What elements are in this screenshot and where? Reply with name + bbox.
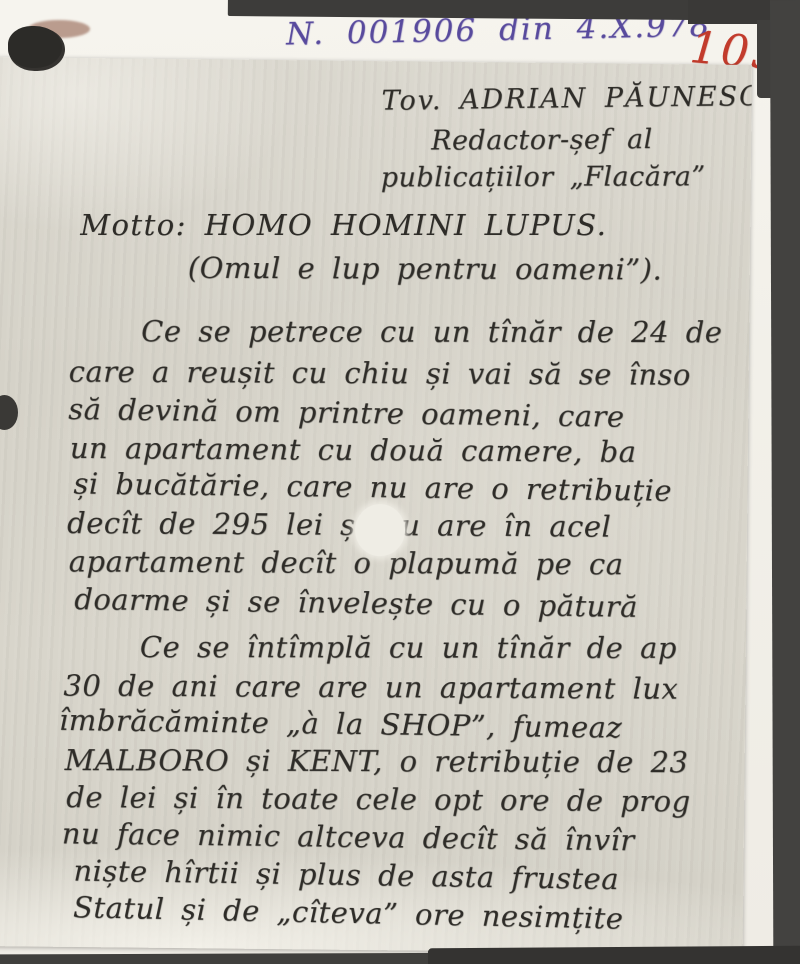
letter-line: Ce se petrece cu un tînăr de 24 de [141,317,722,347]
recipient-line: publicațiilor „Flacăra” [381,163,706,191]
letter-line: de lei și în toate cele opt ore de prog [66,783,691,816]
letter-line: decît de 295 lei și nu are în acel [67,509,611,542]
letter-line: niște hîrtii și plus de asta frustea [73,857,619,895]
letter-line: și bucătărie, care nu are o retribuție [73,469,672,505]
recipient-line: Redactor-șef al [431,126,653,155]
letter-line: apartament decît o plapumă pe ca [69,547,624,579]
letter-line: nu face nimic altceva decît să învîr [62,819,635,855]
letter-line: să devină om printre oameni, care [68,395,625,432]
motto-line: Motto: HOMO HOMINI LUPUS. [80,211,607,240]
letter-line: care a reușit cu chiu și vai să se înso [69,358,691,390]
scanned-letter: N. 001906 din 4.X.978 103 Tov. ADRIAN PĂ… [0,0,800,964]
letter-line: Ce se întîmplă cu un tînăr de ap [140,633,677,663]
letter-line: Statul și de „cîteva” ore nesimțite [73,893,624,934]
letter-line: îmbrăcăminte „à la SHOP”, fumeaz [59,706,623,743]
recipient-line: Tov. ADRIAN PĂUNESCU [381,83,752,115]
letter-line: MALBORO și KENT, o retribuție de 23 [65,746,689,777]
scanner-edge-bottom-right [428,946,800,964]
scanner-edge-right [770,0,800,964]
hole-punch-top [8,26,62,68]
correction-fluid-spot [355,504,406,557]
letter-line: 30 de ani care are un apartament lux [63,671,678,703]
motto-line: (Omul e lup pentru oameni”). [188,254,663,285]
letter-line: un apartament cu două camere, ba [70,434,637,467]
letter-line: doarme și se învelește cu o pătură [74,585,638,622]
letter-page: Tov. ADRIAN PĂUNESCU Redactor-șef al pub… [0,57,752,954]
